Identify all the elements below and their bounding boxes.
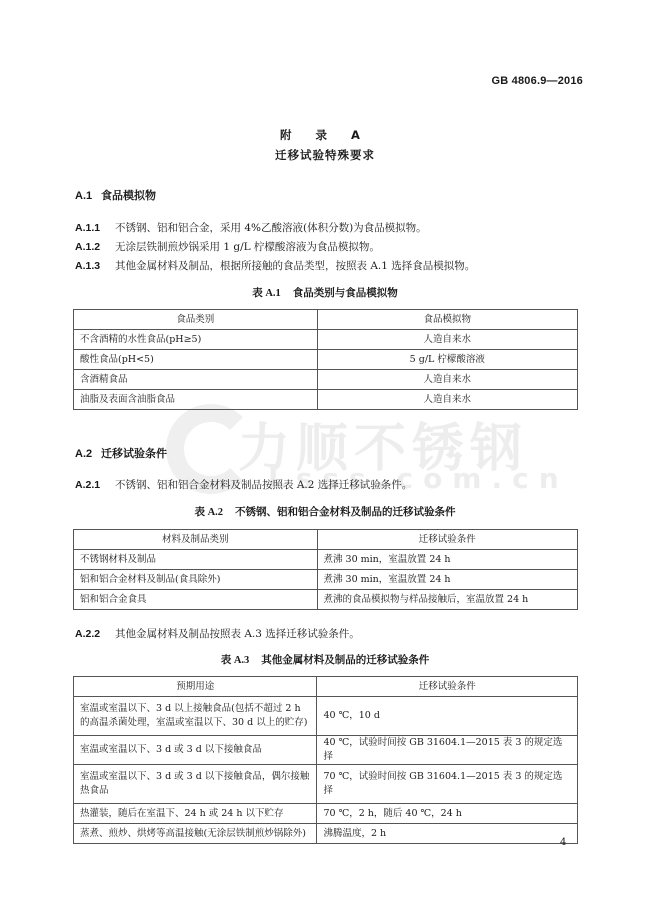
- table-cell: 蒸煮、煎炒、烘烤等高温接触(无涂层铁制煎炒锅除外): [74, 824, 317, 844]
- table-row: 不含酒精的水性食品(pH≥5) 人造自来水: [74, 330, 578, 350]
- table-row: 室温或室温以下、3 d 或 3 d 以下接触食品，偶尔接触热食品 70 ℃，试验…: [74, 765, 578, 804]
- table-caption-text: 其他金属材料及制品的迁移试验条件: [261, 654, 429, 666]
- page-number: 4: [560, 837, 566, 848]
- table-cell: 热灌装，随后在室温下、24 h 或 24 h 以下贮存: [74, 804, 317, 824]
- appendix-title: 迁移试验特殊要求: [0, 147, 650, 163]
- table-row: 酸性食品(pH<5) 5 g/L 柠檬酸溶液: [74, 350, 578, 370]
- table-cell: 40 ℃，试验时间按 GB 31604.1—2015 表 3 的规定选择: [317, 736, 578, 765]
- appendix-label: 附 录 A: [0, 127, 650, 143]
- table-cell: 不含酒精的水性食品(pH≥5): [74, 330, 318, 350]
- table-caption-a2: 表 A.2不锈钢、铝和铝合金材料及制品的迁移试验条件: [0, 504, 650, 519]
- table-number: 表 A.1: [252, 288, 281, 299]
- clause-number: A.2.1: [75, 479, 115, 491]
- clause-text: 其他金属材料及制品，根据所接触的食品类型，按照表 A.1 选择食品模拟物。: [115, 260, 475, 272]
- table-caption-text: 不锈钢、铝和铝合金材料及制品的迁移试验条件: [235, 506, 456, 518]
- section-title: 迁移试验条件: [101, 447, 167, 460]
- table-cell: 不锈钢材料及制品: [74, 550, 318, 570]
- table-row: 热灌装，随后在室温下、24 h 或 24 h 以下贮存 70 ℃，2 h，随后 …: [74, 804, 578, 824]
- table-caption-a1: 表 A.1食品类别与食品模拟物: [0, 285, 650, 300]
- clause-a-2-1: A.2.1不锈钢、铝和铝合金材料及制品按照表 A.2 选择迁移试验条件。: [75, 477, 412, 492]
- table-row: 蒸煮、煎炒、烘烤等高温接触(无涂层铁制煎炒锅除外) 沸腾温度，2 h: [74, 824, 578, 844]
- table-cell: 人造自来水: [317, 330, 577, 350]
- table-cell: 酸性食品(pH<5): [74, 350, 318, 370]
- clause-text: 其他金属材料及制品按照表 A.3 选择迁移试验条件。: [115, 628, 360, 640]
- clause-a-1-1: A.1.1不锈钢、铝和铝合金，采用 4%乙酸溶液(体积分数)为食品模拟物。: [75, 220, 427, 235]
- column-header: 迁移试验条件: [317, 677, 578, 697]
- table-cell: 室温或室温以下、3 d 或 3 d 以下接触食品，偶尔接触热食品: [74, 765, 317, 804]
- table-cell: 室温或室温以下、3 d 以上接触食品(包括不超过 2 h 的高温杀菌处理，室温或…: [74, 697, 317, 736]
- table-header-row: 预期用途 迁移试验条件: [74, 677, 578, 697]
- table-row: 铝和铝合金材料及制品(食具除外) 煮沸 30 min，室温放置 24 h: [74, 570, 578, 590]
- table-cell: 油脂及表面含油脂食品: [74, 390, 318, 410]
- table-a3: 预期用途 迁移试验条件 室温或室温以下、3 d 以上接触食品(包括不超过 2 h…: [73, 676, 578, 844]
- table-cell: 煮沸的食品模拟物与样品接触后，室温放置 24 h: [317, 590, 578, 610]
- table-row: 室温或室温以下、3 d 以上接触食品(包括不超过 2 h 的高温杀菌处理，室温或…: [74, 697, 578, 736]
- table-header-row: 食品类别 食品模拟物: [74, 310, 578, 330]
- table-caption-text: 食品类别与食品模拟物: [293, 287, 398, 299]
- column-header: 预期用途: [74, 677, 317, 697]
- section-number: A.1: [75, 190, 101, 202]
- table-cell: 煮沸 30 min，室温放置 24 h: [317, 570, 578, 590]
- clause-text: 不锈钢、铝和铝合金，采用 4%乙酸溶液(体积分数)为食品模拟物。: [115, 222, 427, 234]
- table-row: 油脂及表面含油脂食品 人造自来水: [74, 390, 578, 410]
- table-row: 不锈钢材料及制品 煮沸 30 min，室温放置 24 h: [74, 550, 578, 570]
- table-row: 室温或室温以下、3 d 或 3 d 以下接触食品 40 ℃，试验时间按 GB 3…: [74, 736, 578, 765]
- table-header-row: 材料及制品类别 迁移试验条件: [74, 530, 578, 550]
- table-cell: 人造自来水: [317, 390, 577, 410]
- table-cell: 含酒精食品: [74, 370, 318, 390]
- clause-number: A.2.2: [75, 628, 115, 640]
- clause-number: A.1.1: [75, 222, 115, 234]
- standard-code: GB 4806.9—2016: [0, 75, 583, 87]
- table-row: 含酒精食品 人造自来水: [74, 370, 578, 390]
- clause-number: A.1.3: [75, 260, 115, 272]
- table-cell: 室温或室温以下、3 d 或 3 d 以下接触食品: [74, 736, 317, 765]
- section-heading-a1: A.1食品模拟物: [75, 187, 156, 203]
- section-number: A.2: [75, 448, 101, 460]
- clause-number: A.1.2: [75, 241, 115, 253]
- table-cell: 铝和铝合金食具: [74, 590, 318, 610]
- section-heading-a2: A.2迁移试验条件: [75, 445, 167, 461]
- clause-text: 无涂层铁制煎炒锅采用 1 g/L 柠檬酸溶液为食品模拟物。: [115, 241, 380, 253]
- clause-a-1-2: A.1.2无涂层铁制煎炒锅采用 1 g/L 柠檬酸溶液为食品模拟物。: [75, 239, 380, 254]
- section-title: 食品模拟物: [101, 189, 156, 202]
- column-header: 食品类别: [74, 310, 318, 330]
- table-number: 表 A.2: [194, 507, 223, 518]
- table-row: 铝和铝合金食具 煮沸的食品模拟物与样品接触后，室温放置 24 h: [74, 590, 578, 610]
- table-cell: 沸腾温度，2 h: [317, 824, 578, 844]
- table-caption-a3: 表 A.3其他金属材料及制品的迁移试验条件: [0, 652, 650, 667]
- table-cell: 70 ℃，2 h，随后 40 ℃，24 h: [317, 804, 578, 824]
- table-a1: 食品类别 食品模拟物 不含酒精的水性食品(pH≥5) 人造自来水 酸性食品(pH…: [73, 309, 578, 410]
- clause-text: 不锈钢、铝和铝合金材料及制品按照表 A.2 选择迁移试验条件。: [115, 479, 412, 491]
- column-header: 材料及制品类别: [74, 530, 318, 550]
- table-cell: 人造自来水: [317, 370, 577, 390]
- table-number: 表 A.3: [221, 655, 250, 666]
- table-cell: 70 ℃，试验时间按 GB 31604.1—2015 表 3 的规定选择: [317, 765, 578, 804]
- table-cell: 煮沸 30 min，室温放置 24 h: [317, 550, 578, 570]
- table-cell: 铝和铝合金材料及制品(食具除外): [74, 570, 318, 590]
- column-header: 迁移试验条件: [317, 530, 578, 550]
- table-cell: 40 ℃，10 d: [317, 697, 578, 736]
- clause-a-2-2: A.2.2其他金属材料及制品按照表 A.3 选择迁移试验条件。: [75, 626, 360, 641]
- table-cell: 5 g/L 柠檬酸溶液: [317, 350, 577, 370]
- column-header: 食品模拟物: [317, 310, 577, 330]
- clause-a-1-3: A.1.3其他金属材料及制品，根据所接触的食品类型，按照表 A.1 选择食品模拟…: [75, 258, 475, 273]
- watermark-text-cn: 力顺不锈钢: [238, 406, 528, 481]
- table-a2: 材料及制品类别 迁移试验条件 不锈钢材料及制品 煮沸 30 min，室温放置 2…: [73, 529, 578, 610]
